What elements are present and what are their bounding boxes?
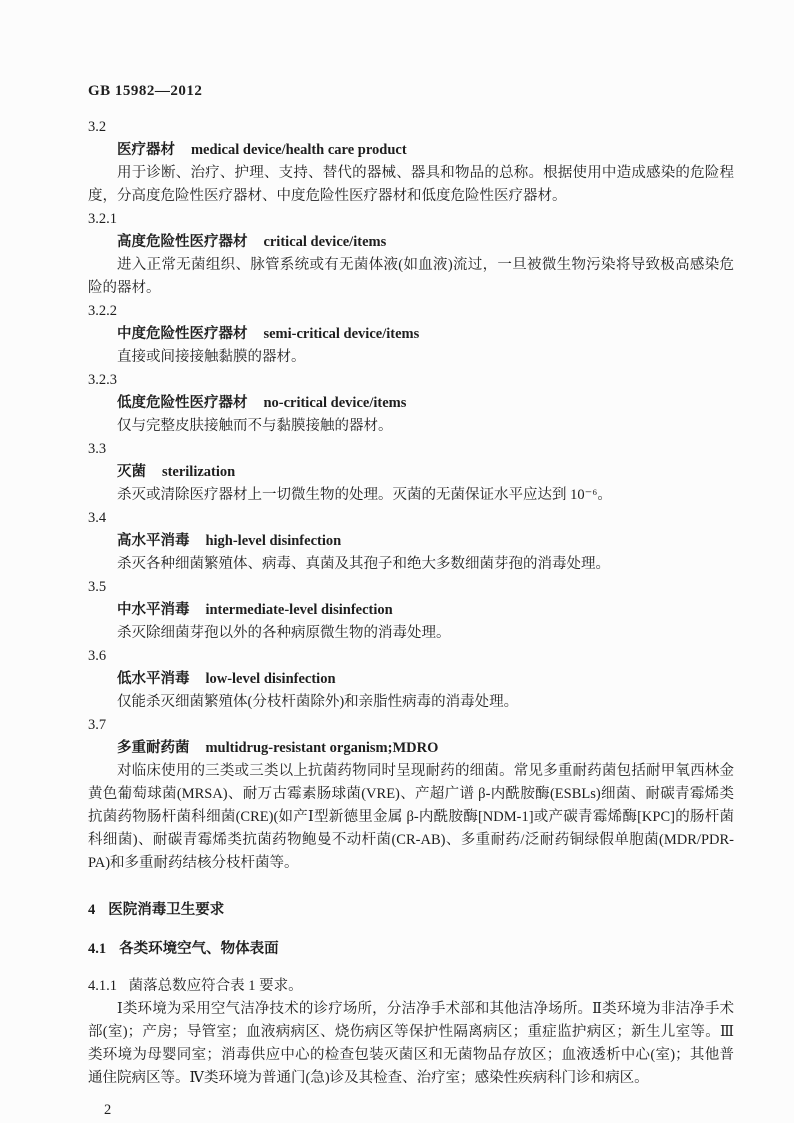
term-en: medical device/health care product (191, 142, 407, 158)
section-title: 各类环境空气、物体表面 (119, 941, 279, 957)
term-definition: 用于诊断、治疗、护理、支持、替代的器械、器具和物品的总称。根据使用中造成感染的危… (88, 162, 734, 208)
term-en: sterilization (162, 464, 235, 480)
clause-4-1-1: 4.1.1菌落总数应符合表 1 要求。 (88, 975, 734, 998)
section-3-2-3: 3.2.3 低度危险性医疗器材no-critical device/items … (88, 369, 734, 438)
term-definition: 仅与完整皮肤接触而不与黏膜接触的器材。 (88, 415, 734, 438)
term-en: multidrug-resistant organism;MDRO (205, 740, 438, 756)
term-zh: 多重耐药菌 (117, 740, 190, 756)
chapter-4-heading: 4医院消毒卫生要求 (88, 899, 734, 922)
term-heading: 低度危险性医疗器材no-critical device/items (88, 392, 734, 415)
section-number: 3.3 (88, 438, 734, 461)
term-zh: 低度危险性医疗器材 (117, 395, 248, 411)
term-zh: 中度危险性医疗器材 (117, 326, 248, 342)
term-zh: 中水平消毒 (117, 602, 190, 618)
term-heading: 医疗器材medical device/health care product (88, 139, 734, 162)
section-3-3: 3.3 灭菌sterilization 杀灭或清除医疗器材上一切微生物的处理。灭… (88, 438, 734, 507)
term-zh: 高度危险性医疗器材 (117, 234, 248, 250)
term-heading: 高度危险性医疗器材critical device/items (88, 231, 734, 254)
term-zh: 灭菌 (117, 464, 146, 480)
term-definition: 杀灭各种细菌繁殖体、病毒、真菌及其孢子和绝大多数细菌芽孢的消毒处理。 (88, 553, 734, 576)
section-number: 3.2.1 (88, 208, 734, 231)
term-heading: 中水平消毒intermediate-level disinfection (88, 599, 734, 622)
section-number: 3.7 (88, 714, 734, 737)
term-definition: 对临床使用的三类或三类以上抗菌药物同时呈现耐药的细菌。常见多重耐药菌包括耐甲氧西… (88, 760, 734, 875)
section-number: 4.1 (88, 941, 106, 957)
page-content: GB 15982—2012 3.2 医疗器材medical device/hea… (0, 0, 794, 1122)
section-3-5: 3.5 中水平消毒intermediate-level disinfection… (88, 576, 734, 645)
section-number: 3.6 (88, 645, 734, 668)
clause-number: 4.1.1 (88, 978, 117, 994)
term-en: no-critical device/items (263, 395, 406, 411)
section-3-2: 3.2 医疗器材medical device/health care produ… (88, 116, 734, 208)
section-number: 3.2.3 (88, 369, 734, 392)
term-heading: 高水平消毒high-level disinfection (88, 530, 734, 553)
term-en: high-level disinfection (205, 533, 341, 549)
term-en: intermediate-level disinfection (205, 602, 392, 618)
term-zh: 低水平消毒 (117, 671, 190, 687)
term-en: critical device/items (263, 234, 386, 250)
term-heading: 多重耐药菌multidrug-resistant organism;MDRO (88, 737, 734, 760)
term-heading: 低水平消毒low-level disinfection (88, 668, 734, 691)
section-3-6: 3.6 低水平消毒low-level disinfection 仅能杀灭细菌繁殖… (88, 645, 734, 714)
term-heading: 中度危险性医疗器材semi-critical device/items (88, 323, 734, 346)
standard-number: GB 15982—2012 (88, 80, 734, 103)
term-definition: 杀灭或清除医疗器材上一切微生物的处理。灭菌的无菌保证水平应达到 10⁻⁶。 (88, 484, 734, 507)
term-definition: 仅能杀灭细菌繁殖体(分枝杆菌除外)和亲脂性病毒的消毒处理。 (88, 691, 734, 714)
clause-text: 菌落总数应符合表 1 要求。 (129, 978, 303, 994)
page-number: 2 (88, 1099, 734, 1122)
document-page: GB 15982—2012 3.2 医疗器材medical device/hea… (0, 0, 794, 1123)
section-number: 3.2 (88, 116, 734, 139)
term-definition: 杀灭除细菌芽孢以外的各种病原微生物的消毒处理。 (88, 622, 734, 645)
chapter-number: 4 (88, 902, 95, 918)
chapter-title: 医院消毒卫生要求 (108, 902, 224, 918)
section-number: 3.4 (88, 507, 734, 530)
section-3-7: 3.7 多重耐药菌multidrug-resistant organism;MD… (88, 714, 734, 875)
section-4-1-heading: 4.1各类环境空气、物体表面 (88, 938, 734, 961)
term-zh: 高水平消毒 (117, 533, 190, 549)
section-3-4: 3.4 高水平消毒high-level disinfection 杀灭各种细菌繁… (88, 507, 734, 576)
term-en: low-level disinfection (205, 671, 335, 687)
section-3-2-1: 3.2.1 高度危险性医疗器材critical device/items 进入正… (88, 208, 734, 300)
section-number: 3.2.2 (88, 300, 734, 323)
term-zh: 医疗器材 (117, 142, 175, 158)
term-definition: 进入正常无菌组织、脉管系统或有无菌体液(如血液)流过，一旦被微生物污染将导致极高… (88, 254, 734, 300)
term-definition: 直接或间接接触黏膜的器材。 (88, 346, 734, 369)
term-en: semi-critical device/items (263, 326, 419, 342)
section-3-2-2: 3.2.2 中度危险性医疗器材semi-critical device/item… (88, 300, 734, 369)
section-number: 3.5 (88, 576, 734, 599)
term-heading: 灭菌sterilization (88, 461, 734, 484)
clause-4-1-1-paragraph: Ⅰ类环境为采用空气洁净技术的诊疗场所，分洁净手术部和其他洁净场所。Ⅱ类环境为非洁… (88, 998, 734, 1090)
